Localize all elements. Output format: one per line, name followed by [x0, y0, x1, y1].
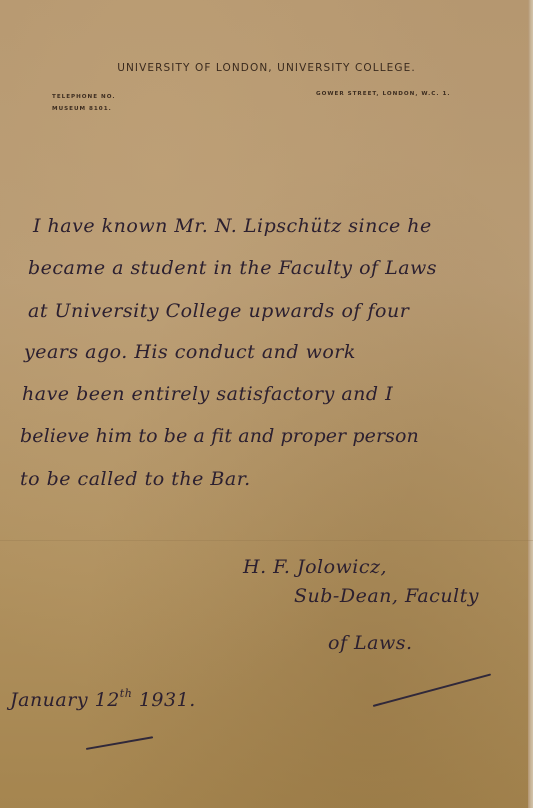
body-line-1: I have known Mr. N. Lipschütz since he	[33, 215, 432, 237]
body-line-4: years ago. His conduct and work	[24, 341, 356, 363]
body-line-5: have been entirely satisfactory and I	[22, 383, 393, 405]
signature-title-1: Sub-Dean, Faculty	[294, 585, 479, 607]
signature-title-2: of Laws.	[328, 632, 413, 654]
date-month-day: January 12	[10, 689, 120, 711]
letter-date: January 12th 1931.	[10, 687, 196, 711]
date-year: 1931.	[139, 689, 196, 711]
date-underline	[86, 736, 153, 749]
telephone-label: TELEPHONE NO.	[52, 94, 115, 100]
body-line-2: became a student in the Faculty of Laws	[28, 257, 437, 279]
body-line-7: to be called to the Bar.	[20, 468, 251, 490]
signature-flourish	[373, 673, 491, 707]
letterhead-title: UNIVERSITY OF LONDON, UNIVERSITY COLLEGE…	[0, 62, 533, 74]
telephone-number: MUSEUM 8101.	[52, 106, 112, 112]
address: GOWER STREET, LONDON, W.C. 1.	[316, 91, 450, 97]
paper-edge	[528, 0, 533, 808]
body-line-3: at University College upwards of four	[28, 300, 409, 322]
date-ordinal: th	[120, 687, 133, 700]
signature-name: H. F. Jolowicz,	[243, 556, 387, 578]
fold-crease	[0, 540, 533, 541]
letter-sheet: UNIVERSITY OF LONDON, UNIVERSITY COLLEGE…	[0, 0, 533, 808]
body-line-6: believe him to be a fit and proper perso…	[20, 425, 419, 447]
